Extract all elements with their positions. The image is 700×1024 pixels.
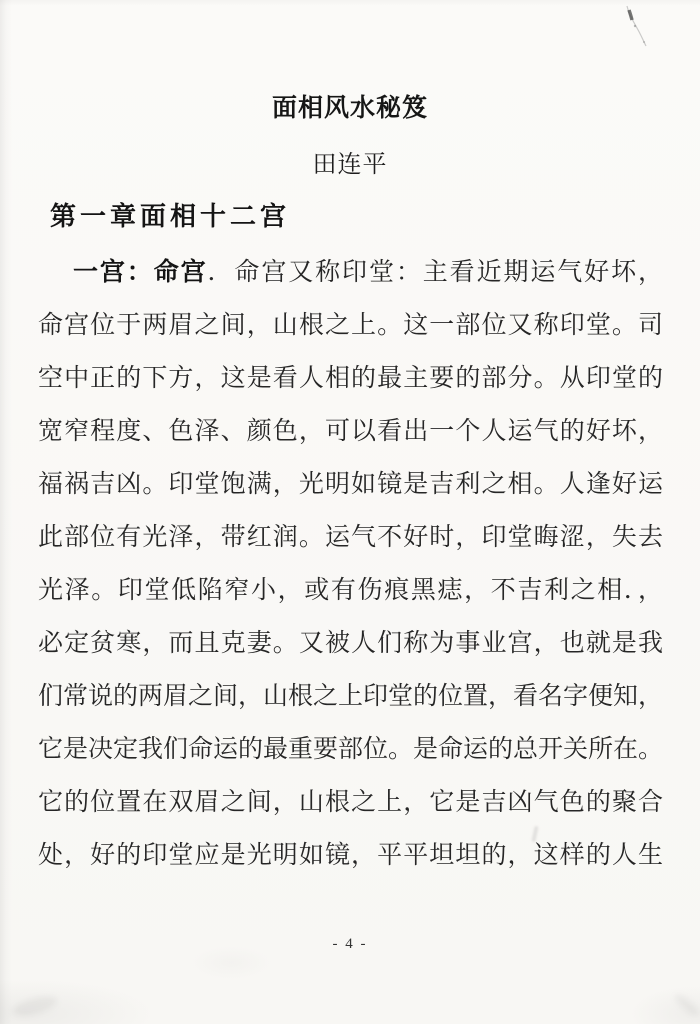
body-line: 命宫位于两眉之间，山根之上。这一部位又称印堂。司 (38, 299, 663, 352)
page-number: - 4 - (0, 936, 700, 953)
scanned-document-page: 面相风水秘笈 田连平 第一章面相十二宫 一宫：命宫．命宫又称印堂：主看近期运气好… (0, 0, 700, 1024)
section-lead-bold: 一宫：命宫 (73, 259, 208, 286)
scan-smudge-artifact (672, 992, 700, 1019)
body-line: 们常说的两眉之间，山根之上印堂的位置，看名字便知， (38, 670, 663, 723)
body-line: 处，好的印堂应是光明如镜，平平坦坦的，这样的人生 (38, 829, 663, 882)
body-line: 空中正的下方，这是看人相的最主要的部分。从印堂的 (38, 352, 663, 405)
scan-scratch-artifact (615, 0, 665, 60)
paragraph-body: 一宫：命宫．命宫又称印堂：主看近期运气好坏， 命宫位于两眉之间，山根之上。这一部… (38, 246, 663, 882)
author-name: 田连平 (0, 144, 700, 179)
body-line: 宽窄程度、色泽、颜色，可以看出一个人运气的好坏， (38, 405, 663, 458)
body-line: 一宫：命宫．命宫又称印堂：主看近期运气好坏， (38, 246, 663, 299)
body-line: 福祸吉凶。印堂饱满，光明如镜是吉利之相。人逢好运 (38, 458, 663, 511)
chapter-heading: 第一章面相十二宫 (50, 196, 290, 233)
body-line-text: ．命宫又称印堂：主看近期运气好坏， (208, 259, 663, 286)
body-line: 必定贫寒，而且克妻。又被人们称为事业宫，也就是我 (38, 617, 663, 670)
scan-smudge-artifact (11, 992, 60, 1019)
body-line: 它是决定我们命运的最重要部位。是命运的总开关所在。 (38, 723, 663, 776)
body-line: 此部位有光泽，带红润。运气不好时，印堂晦涩，失去 (38, 511, 663, 564)
body-line: 它的位置在双眉之间，山根之上，它是吉凶气色的聚合 (38, 776, 663, 829)
body-line: 光泽。印堂低陷窄小，或有伤痕黑痣，不吉利之相．， (38, 564, 663, 617)
document-title: 面相风水秘笈 (0, 88, 700, 124)
